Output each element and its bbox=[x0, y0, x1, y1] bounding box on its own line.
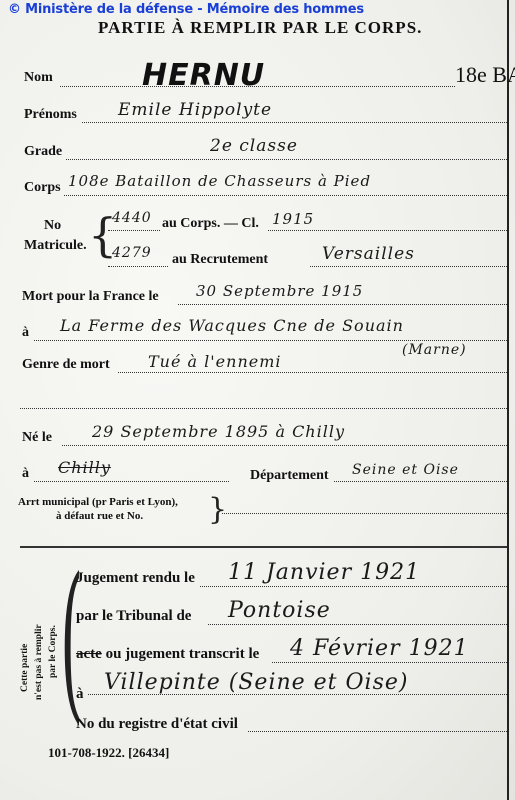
arrondissement-label-line1: Arrt municipal (pr Paris et Lyon), bbox=[18, 496, 178, 508]
arrondissement-brace: } bbox=[208, 492, 227, 527]
arrondissement-label-line2: à défaut rue et No. bbox=[56, 510, 143, 522]
corps-value: 108e Bataillon de Chasseurs à Pied bbox=[68, 172, 371, 190]
form-header: PARTIE À REMPLIR PAR LE CORPS. bbox=[98, 18, 422, 38]
classe-value: 1915 bbox=[272, 210, 314, 228]
au-recrutement-label: au Recrutement bbox=[172, 252, 268, 268]
separator-dots bbox=[20, 408, 507, 409]
corps-dots bbox=[64, 195, 507, 196]
mort-value: 30 Septembre 1915 bbox=[196, 282, 363, 300]
grade-label: Grade bbox=[24, 144, 62, 160]
recrutement-number: 4279 bbox=[112, 245, 152, 261]
side-note-line3: par le Corps. bbox=[48, 625, 58, 678]
ne-le-dots bbox=[62, 445, 507, 446]
mort-label: Mort pour la France le bbox=[22, 289, 159, 305]
side-note-line1: Cette partie bbox=[20, 644, 30, 692]
matricule-corps-number: 4440 bbox=[112, 210, 152, 226]
matricule-label-line1: No bbox=[44, 218, 61, 234]
prenoms-dots bbox=[82, 122, 507, 123]
recrutement-value: Versailles bbox=[322, 244, 415, 264]
footer-reference: 101-708-1922. [26434] bbox=[48, 745, 169, 761]
grade-value: 2e classe bbox=[210, 136, 298, 156]
prenoms-label: Prénoms bbox=[24, 107, 77, 123]
departement-dots bbox=[334, 481, 507, 482]
jugement-rendu-value: 11 Janvier 1921 bbox=[228, 560, 420, 585]
transcrit-label-struck: acte bbox=[76, 646, 102, 662]
classe-dots bbox=[268, 230, 507, 231]
genre-mort-extra: (Marne) bbox=[402, 342, 467, 358]
unit-corner-label: 18e BAT bbox=[455, 62, 515, 88]
grade-dots bbox=[66, 159, 507, 160]
arrondissement-dots bbox=[222, 513, 507, 514]
departement-label: Département bbox=[250, 468, 329, 484]
transcrit-label: ou jugement transcrit le bbox=[102, 646, 259, 662]
lieu-deces-dots bbox=[34, 340, 507, 341]
registre-label: No du registre d'état civil bbox=[76, 716, 238, 733]
corps-label: Corps bbox=[24, 180, 61, 196]
matricule-corps-dots bbox=[108, 230, 160, 231]
genre-mort-dots bbox=[118, 372, 507, 373]
recrutement-dots bbox=[310, 266, 507, 267]
transcrit-value: 4 Février 1921 bbox=[290, 636, 469, 661]
jugement-lieu-value: Villepinte (Seine et Oise) bbox=[104, 670, 408, 695]
tribunal-label: par le Tribunal de bbox=[76, 608, 191, 625]
registre-dots bbox=[248, 731, 507, 732]
prenoms-value: Emile Hippolyte bbox=[118, 100, 272, 120]
departement-value: Seine et Oise bbox=[352, 462, 459, 478]
side-note: Cette partie n'est pas à remplir par le … bbox=[6, 560, 58, 700]
nom-value: HERNU bbox=[142, 58, 265, 93]
page-border bbox=[507, 0, 509, 800]
copyright-watermark: © Ministère de la défense - Mémoire des … bbox=[8, 2, 364, 17]
transcrit-label-wrap: acte ou jugement transcrit le bbox=[76, 646, 259, 663]
matricule-label-line2: Matricule. bbox=[24, 238, 87, 254]
lieu-naissance-label: à bbox=[22, 466, 29, 482]
lieu-naissance-value: Chilly bbox=[58, 458, 111, 477]
tribunal-value: Pontoise bbox=[228, 598, 331, 623]
section-divider bbox=[20, 546, 507, 548]
tribunal-dots bbox=[208, 624, 507, 625]
lieu-naissance-dots bbox=[34, 481, 229, 482]
side-note-line2: n'est pas à remplir bbox=[34, 624, 44, 700]
nom-label: Nom bbox=[24, 70, 53, 86]
mort-dots bbox=[178, 304, 507, 305]
lieu-deces-value: La Ferme des Wacques Cne de Souain bbox=[60, 316, 404, 335]
jugement-lieu-label: à bbox=[76, 686, 84, 703]
ne-le-value: 29 Septembre 1895 à Chilly bbox=[92, 422, 345, 441]
jugement-rendu-dots bbox=[200, 586, 507, 587]
au-corps-label: au Corps. — Cl. bbox=[162, 216, 259, 232]
recrutement-number-dots bbox=[108, 266, 168, 267]
ne-le-label: Né le bbox=[22, 430, 52, 446]
jugement-rendu-label: Jugement rendu le bbox=[76, 570, 195, 587]
lieu-deces-label: à bbox=[22, 325, 29, 341]
transcrit-dots bbox=[272, 662, 507, 663]
genre-mort-label: Genre de mort bbox=[22, 357, 110, 373]
genre-mort-value: Tué à l'ennemi bbox=[148, 352, 282, 371]
